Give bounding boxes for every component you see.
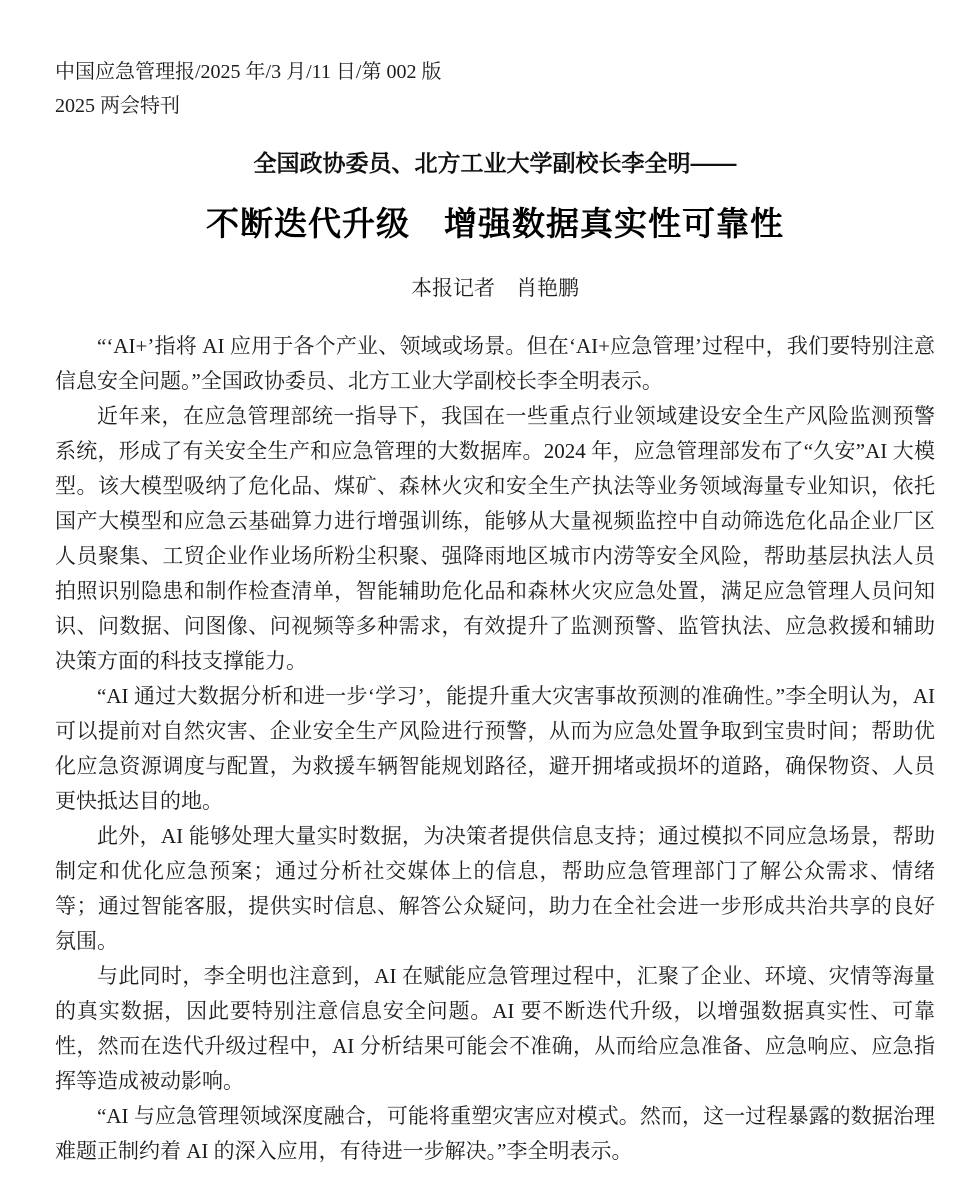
article-byline: 本报记者 肖艳鹏: [55, 275, 935, 301]
edition-title-line: 2025 两会特刊: [55, 89, 935, 123]
article-kicker: 全国政协委员、北方工业大学副校长李全明——: [55, 149, 935, 177]
newspaper-article-page: 中国应急管理报/2025 年/3 月/11 日/第 002 版 2025 两会特…: [0, 0, 972, 1189]
article-body: “‘AI+’指将 AI 应用于各个产业、领域或场景。但在‘AI+应急管理’过程中…: [55, 329, 935, 1169]
article-paragraph: 此外，AI 能够处理大量实时数据，为决策者提供信息支持；通过模拟不同应急场景，帮…: [55, 819, 935, 959]
article-paragraph: “AI 与应急管理领域深度融合，可能将重塑灾害应对模式。然而，这一过程暴露的数据…: [55, 1099, 935, 1169]
article-paragraph: 与此同时，李全明也注意到，AI 在赋能应急管理过程中，汇聚了企业、环境、灾情等海…: [55, 959, 935, 1099]
article-headline: 不断迭代升级 增强数据真实性可靠性: [55, 203, 935, 245]
publication-date-line: 中国应急管理报/2025 年/3 月/11 日/第 002 版: [55, 55, 935, 89]
masthead: 中国应急管理报/2025 年/3 月/11 日/第 002 版 2025 两会特…: [55, 55, 935, 123]
article-paragraph: 近年来，在应急管理部统一指导下，我国在一些重点行业领域建设安全生产风险监测预警系…: [55, 399, 935, 679]
article-paragraph: “‘AI+’指将 AI 应用于各个产业、领域或场景。但在‘AI+应急管理’过程中…: [55, 329, 935, 399]
article-paragraph: “AI 通过大数据分析和进一步‘学习’，能提升重大灾害事故预测的准确性。”李全明…: [55, 679, 935, 819]
